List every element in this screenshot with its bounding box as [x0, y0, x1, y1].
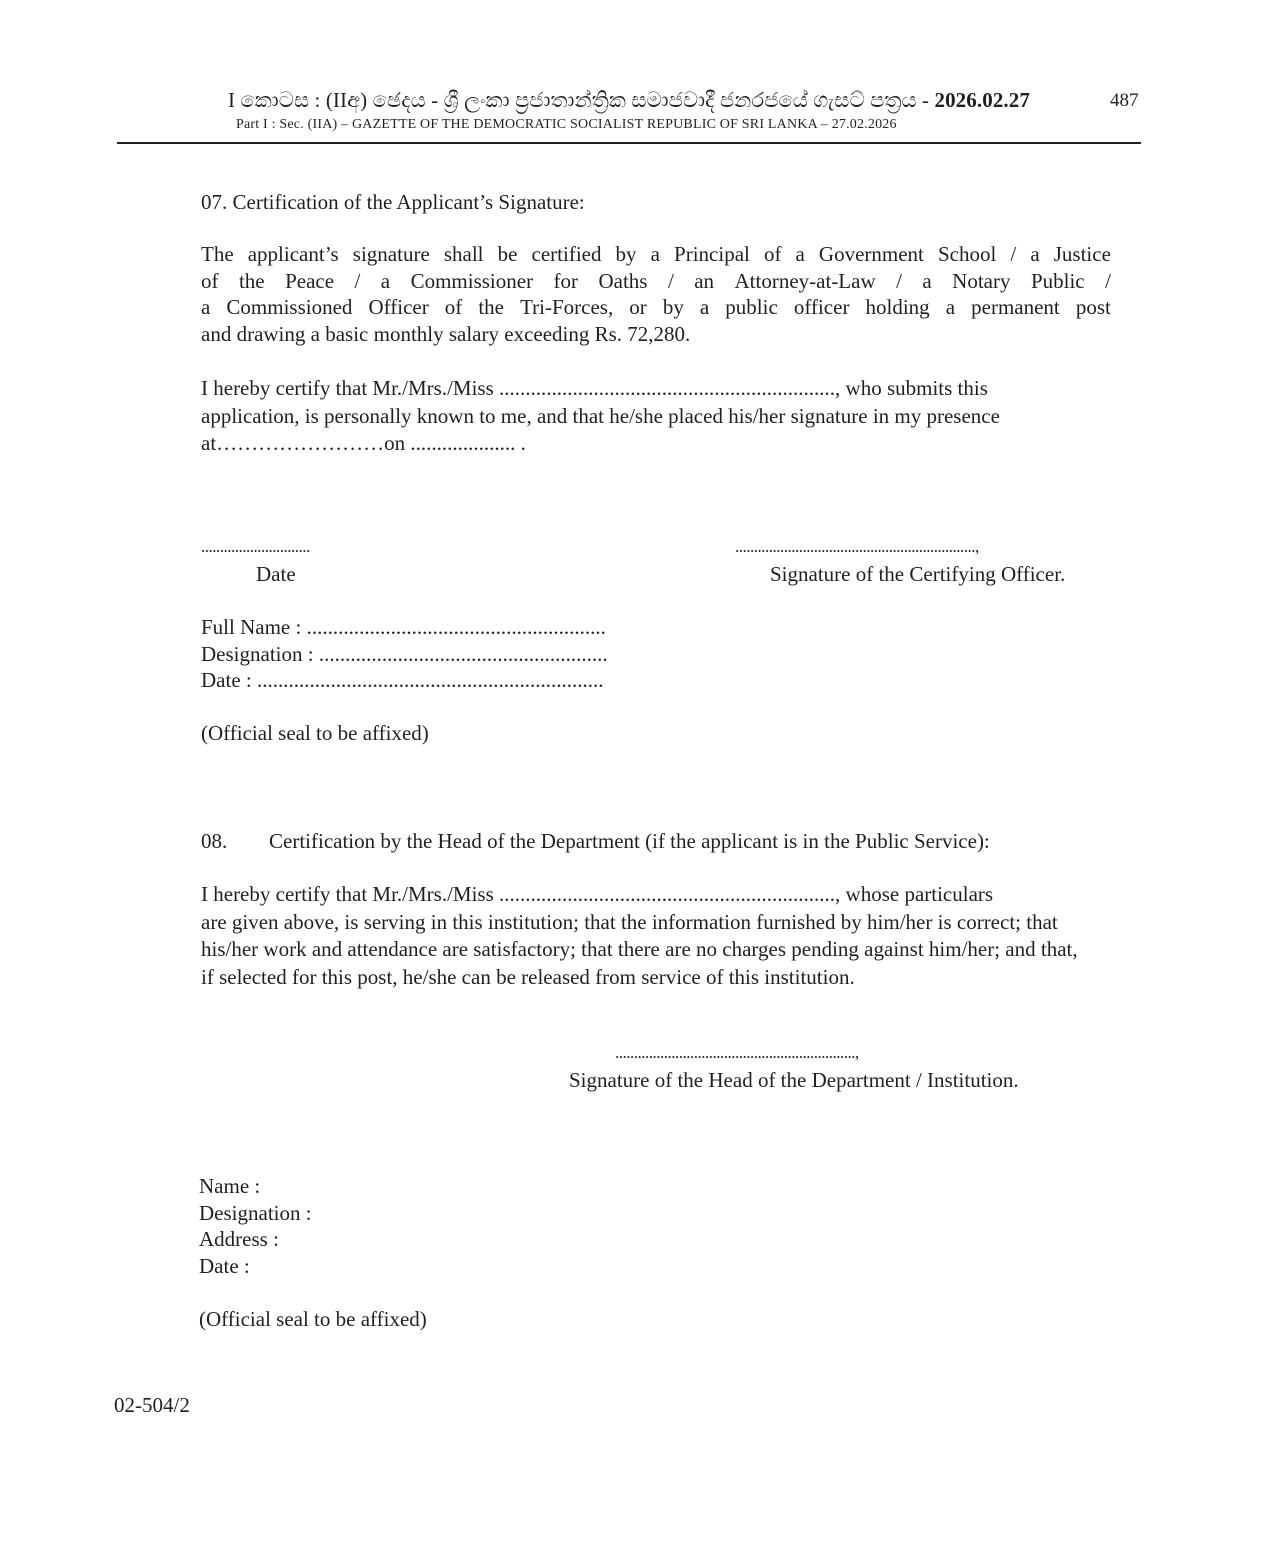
- header-sinhala-title: I කොටස : (IIඅ) ඡෙදය - ශ්‍රී ලංකා ප්‍රජාත…: [228, 88, 934, 112]
- word: a: [201, 295, 210, 322]
- word: public: [725, 295, 778, 322]
- word: Principal: [674, 242, 750, 269]
- word: Justice: [1054, 242, 1111, 269]
- word: /: [1010, 242, 1016, 269]
- paragraph-line: I hereby certify that Mr./Mrs./Miss ....…: [201, 376, 1119, 404]
- paragraph-line: aCommissionedOfficeroftheTri-Forces,orby…: [201, 295, 1111, 322]
- section-08-seal-note: (Official seal to be affixed): [199, 1307, 427, 1332]
- word: a: [1030, 242, 1039, 269]
- word: Notary: [952, 269, 1010, 296]
- word: the: [239, 269, 265, 296]
- section-08-number: 08.: [201, 829, 227, 854]
- word: applicant’s: [248, 242, 339, 269]
- word: be: [498, 242, 518, 269]
- page-number: 487: [1110, 90, 1139, 112]
- word: Peace: [285, 269, 334, 296]
- section-07-paragraph-2: I hereby certify that Mr./Mrs./Miss ....…: [201, 376, 1119, 459]
- certifying-officer-signature-label: Signature of the Certifying Officer.: [770, 562, 1065, 587]
- paragraph-line: I hereby certify that Mr./Mrs./Miss ....…: [201, 882, 1170, 910]
- document-reference-code: 02-504/2: [114, 1393, 190, 1418]
- paragraph-line: and drawing a basic monthly salary excee…: [201, 322, 1111, 349]
- paragraph-line: application, is personally known to me, …: [201, 404, 1119, 432]
- field-designation: Designation : ..........................…: [201, 642, 608, 669]
- word: post: [1076, 295, 1111, 322]
- paragraph-line: ofthePeace/aCommissionerforOaths/anAttor…: [201, 269, 1111, 296]
- word: School: [938, 242, 996, 269]
- certifying-officer-signature-blank: ........................................…: [735, 537, 979, 557]
- section-08-paragraph: I hereby certify that Mr./Mrs./Miss ....…: [201, 882, 1170, 992]
- word: /: [1105, 269, 1111, 296]
- word: for: [554, 269, 579, 296]
- word: Officer: [368, 295, 428, 322]
- word: certified: [532, 242, 602, 269]
- word: of: [445, 295, 463, 322]
- word: shall: [444, 242, 484, 269]
- paragraph-line: his/her work and attendance are satisfac…: [201, 937, 1170, 965]
- paragraph-line: Theapplicant’ssignatureshallbecertifiedb…: [201, 242, 1111, 269]
- word: /: [896, 269, 902, 296]
- word: Commissioner: [411, 269, 534, 296]
- word: signature: [353, 242, 430, 269]
- field-full-name: Full Name : ............................…: [201, 615, 608, 642]
- word: The: [201, 242, 234, 269]
- word: or: [629, 295, 647, 322]
- word: an: [694, 269, 714, 296]
- header-sinhala-date: 2026.02.27: [934, 88, 1030, 112]
- word: a: [381, 269, 390, 296]
- word: Attorney-at-Law: [735, 269, 876, 296]
- paragraph-line: at……………………on .................... .: [201, 431, 1119, 459]
- word: a: [922, 269, 931, 296]
- gazette-header-english: Part I : Sec. (IIA) – GAZETTE OF THE DEM…: [236, 117, 897, 133]
- word: of: [201, 269, 219, 296]
- certifying-officer-fields: Full Name : ............................…: [201, 615, 608, 695]
- section-07-seal-note: (Official seal to be affixed): [201, 721, 429, 746]
- word: a: [796, 242, 805, 269]
- word: Government: [819, 242, 924, 269]
- head-of-department-signature-blank: ........................................…: [615, 1043, 859, 1063]
- word: Tri-Forces,: [520, 295, 613, 322]
- section-07-heading: 07. Certification of the Applicant’s Sig…: [201, 190, 585, 215]
- word: by: [663, 295, 684, 322]
- header-divider: [117, 142, 1141, 144]
- paragraph-line: are given above, is serving in this inst…: [201, 910, 1170, 938]
- word: a: [700, 295, 709, 322]
- field-designation: Designation :: [199, 1201, 312, 1228]
- word: a: [946, 295, 955, 322]
- section-07-paragraph-1: Theapplicant’ssignatureshallbecertifiedb…: [201, 242, 1111, 348]
- word: Oaths: [598, 269, 647, 296]
- field-date: Date :: [199, 1254, 312, 1281]
- word: by: [616, 242, 637, 269]
- word: the: [478, 295, 504, 322]
- date-blank: .............................: [201, 537, 310, 557]
- word: of: [764, 242, 782, 269]
- word: a: [651, 242, 660, 269]
- date-label: Date: [256, 562, 296, 587]
- word: Public: [1031, 269, 1085, 296]
- word: /: [354, 269, 360, 296]
- gazette-header-sinhala: I කොටස : (IIඅ) ඡෙදය - ශ්‍රී ලංකා ප්‍රජාත…: [228, 88, 1030, 113]
- word: permanent: [971, 295, 1060, 322]
- field-address: Address :: [199, 1227, 312, 1254]
- word: /: [668, 269, 674, 296]
- word: Commissioned: [226, 295, 352, 322]
- paragraph-line: if selected for this post, he/she can be…: [201, 965, 1170, 993]
- field-name: Name :: [199, 1174, 312, 1201]
- word: holding: [866, 295, 930, 322]
- field-date: Date : .................................…: [201, 668, 608, 695]
- section-08-heading: Certification by the Head of the Departm…: [269, 829, 990, 854]
- word: officer: [794, 295, 850, 322]
- head-of-department-fields: Name : Designation : Address : Date :: [199, 1174, 312, 1280]
- head-of-department-signature-label: Signature of the Head of the Department …: [569, 1068, 1019, 1093]
